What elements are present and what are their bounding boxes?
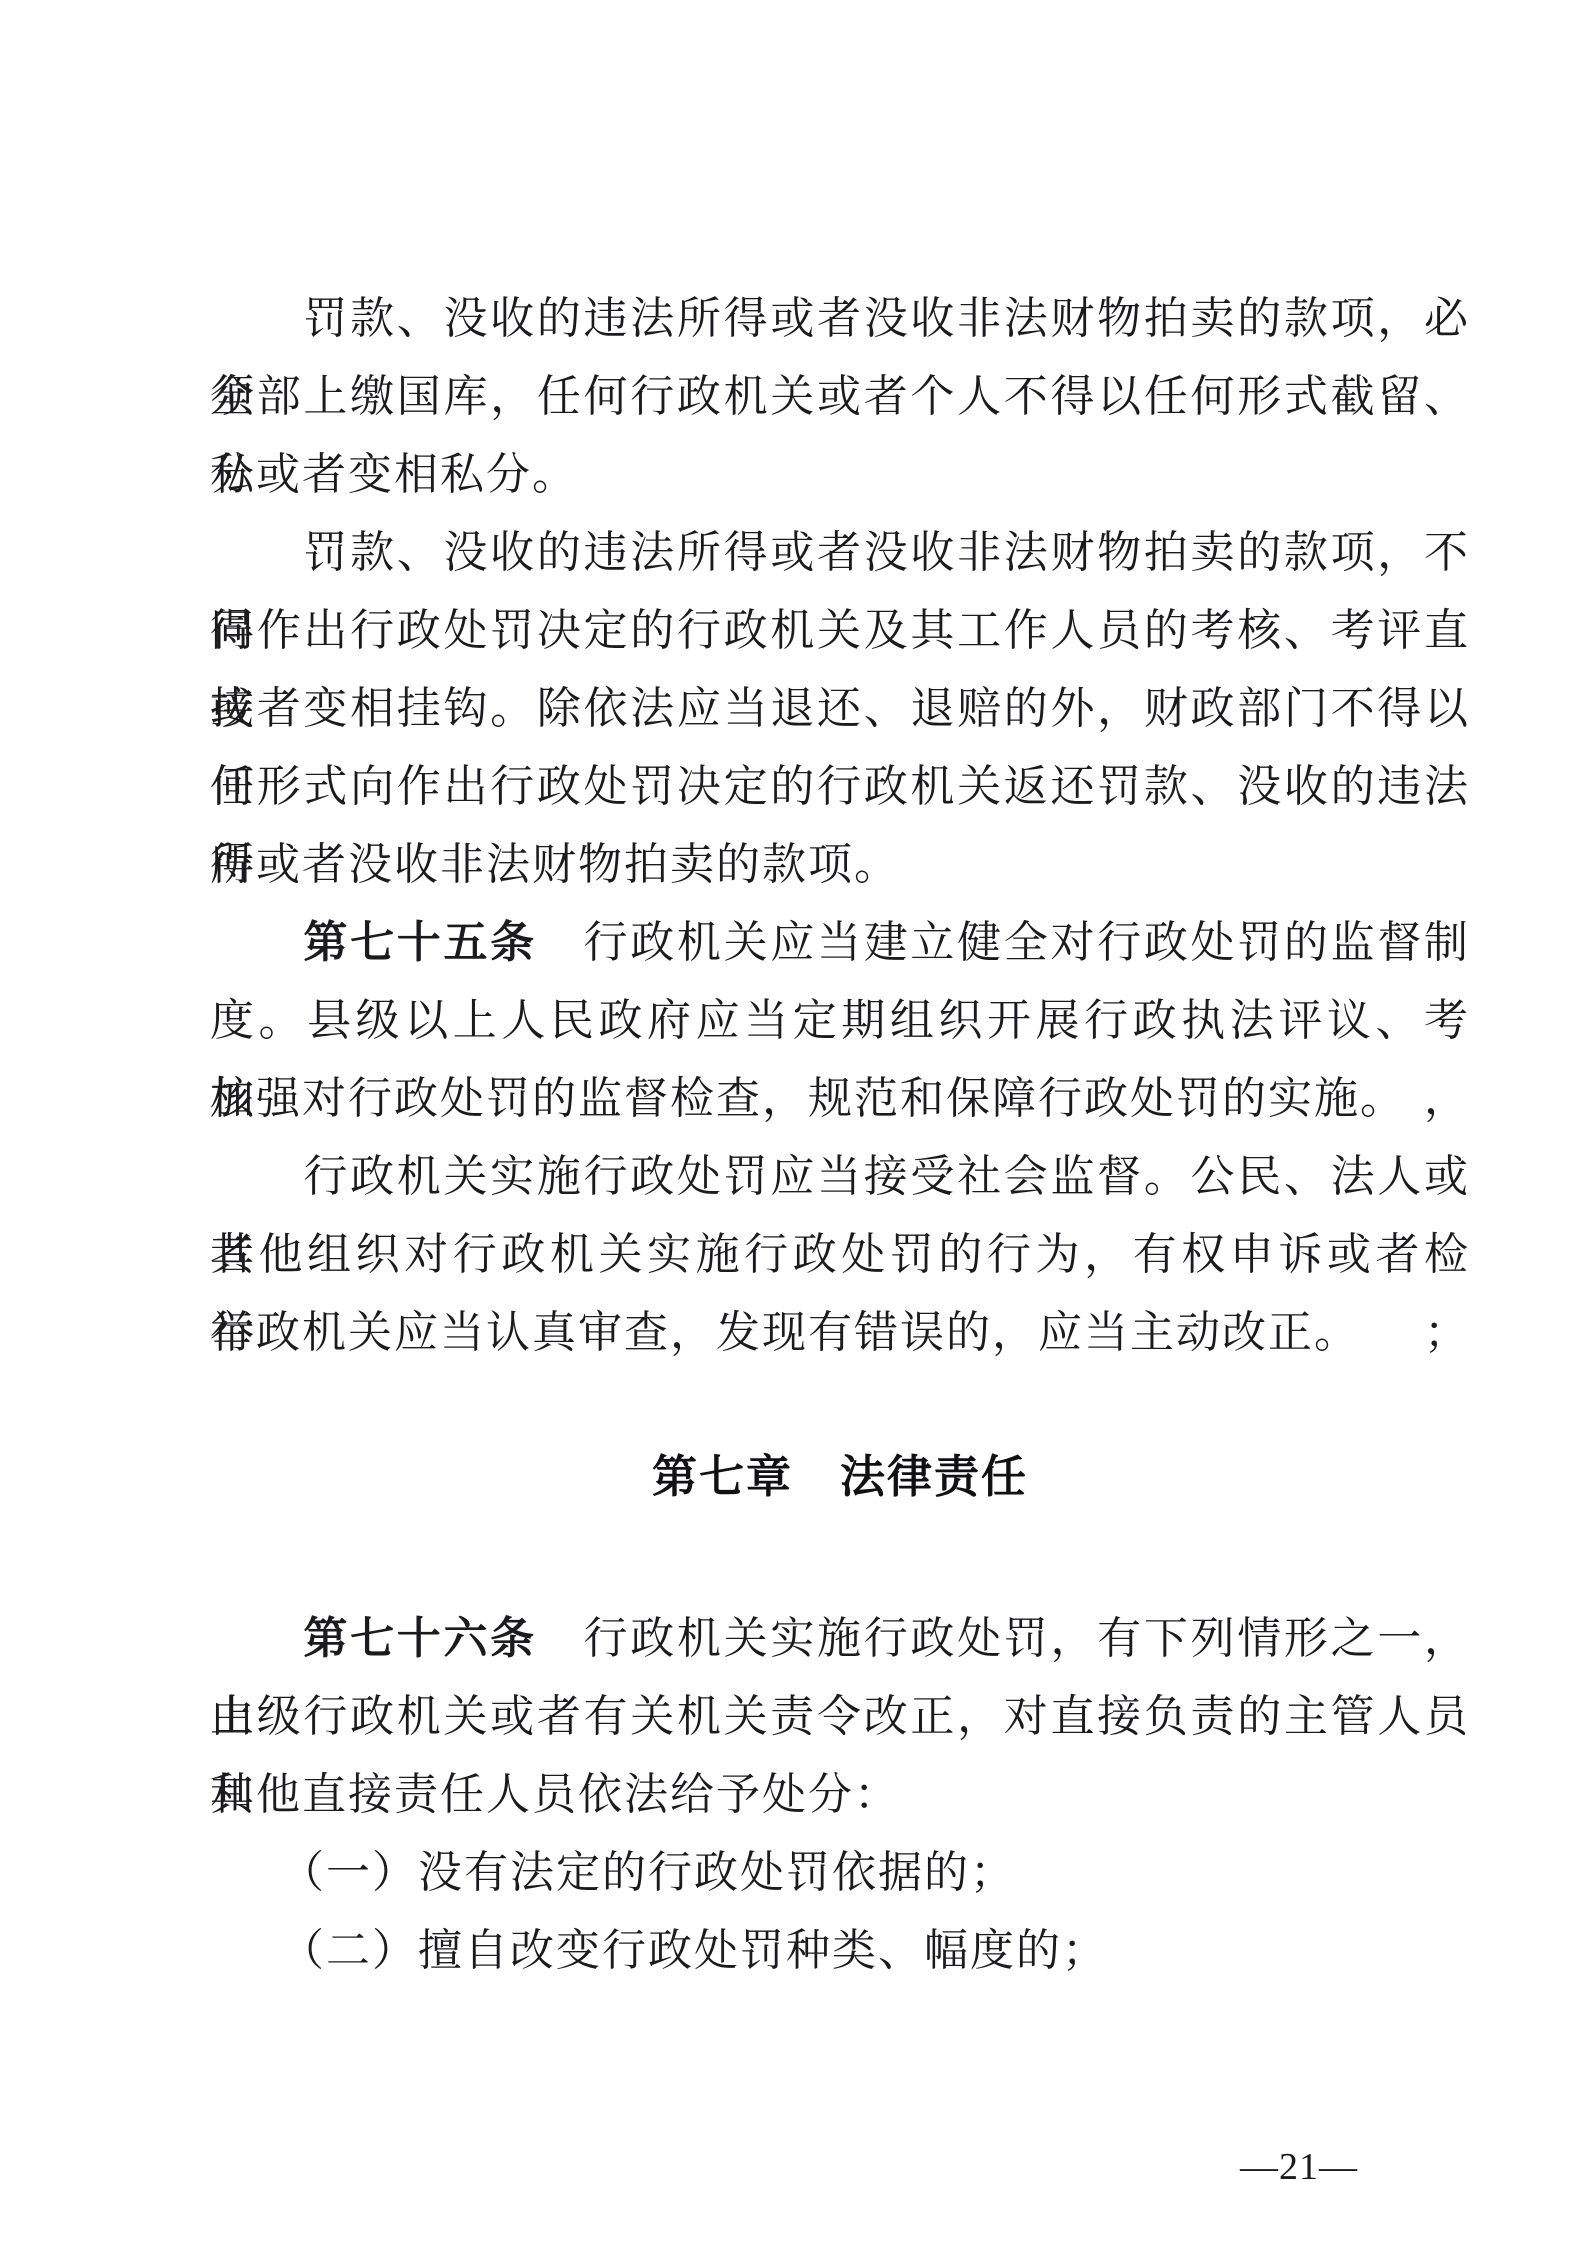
text-line: 分或者变相私分。 xyxy=(210,436,1470,514)
section-after-heading: 第七十六条 行政机关实施行政处罚，有下列情形之一，由上级行政机关或者有关机关责令… xyxy=(210,1600,1470,1990)
text-line: 或者变相挂钩。除依法应当退还、退赔的外，财政部门不得以任 xyxy=(210,670,1470,748)
text-line: 罚款、没收的违法所得或者没收非法财物拍卖的款项，必须 xyxy=(210,280,1470,358)
text-line: 其他直接责任人员依法给予处分： xyxy=(210,1756,1470,1834)
text-line: 第七十五条 行政机关应当建立健全对行政处罚的监督制 xyxy=(210,904,1470,982)
text-line: 行政机关实施行政处罚应当接受社会监督。公民、法人或者 xyxy=(210,1138,1470,1216)
text-line: 行政机关应当认真审查，发现有错误的，应当主动改正。 xyxy=(210,1294,1470,1372)
text-line: 度。县级以上人民政府应当定期组织开展行政执法评议、考核， xyxy=(210,982,1470,1060)
article-number-lead: 第七十六条 xyxy=(303,1614,536,1663)
text-line: （二）擅自改变行政处罚种类、幅度的； xyxy=(210,1912,1470,1990)
section-before-heading: 罚款、没收的违法所得或者没收非法财物拍卖的款项，必须全部上缴国库，任何行政机关或… xyxy=(210,280,1470,1372)
document-body: 罚款、没收的违法所得或者没收非法财物拍卖的款项，必须全部上缴国库，任何行政机关或… xyxy=(210,280,1470,1990)
text-line: 何形式向作出行政处罚决定的行政机关返还罚款、没收的违法所 xyxy=(210,748,1470,826)
document-page: 罚款、没收的违法所得或者没收非法财物拍卖的款项，必须全部上缴国库，任何行政机关或… xyxy=(0,0,1587,2245)
text-line: 同作出行政处罚决定的行政机关及其工作人员的考核、考评直接 xyxy=(210,592,1470,670)
text-line: 第七十六条 行政机关实施行政处罚，有下列情形之一，由 xyxy=(210,1600,1470,1678)
text-line: 上级行政机关或者有关机关责令改正，对直接负责的主管人员和 xyxy=(210,1678,1470,1756)
text-line: （一）没有法定的行政处罚依据的； xyxy=(210,1834,1470,1912)
page-number: —21— xyxy=(1240,2148,1358,2186)
text-line: 罚款、没收的违法所得或者没收非法财物拍卖的款项，不得 xyxy=(210,514,1470,592)
text-line: 加强对行政处罚的监督检查，规范和保障行政处罚的实施。 xyxy=(210,1060,1470,1138)
text-line: 全部上缴国库，任何行政机关或者个人不得以任何形式截留、私 xyxy=(210,358,1470,436)
text-line: 其他组织对行政机关实施行政处罚的行为，有权申诉或者检举； xyxy=(210,1216,1470,1294)
article-number-lead: 第七十五条 xyxy=(303,918,536,967)
text-line: 得或者没收非法财物拍卖的款项。 xyxy=(210,826,1470,904)
chapter-heading: 第七章 法律责任 xyxy=(210,1438,1470,1516)
